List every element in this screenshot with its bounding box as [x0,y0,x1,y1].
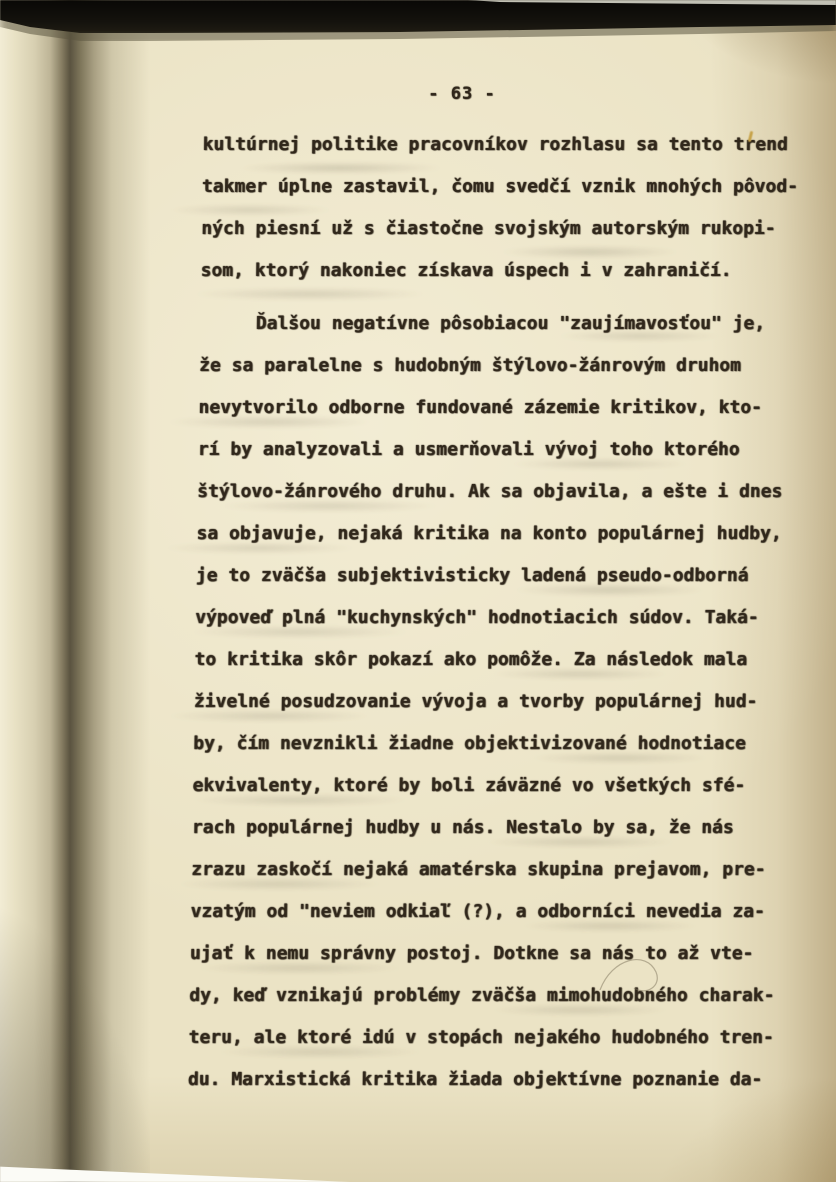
scanner-edge-glint [0,0,836,8]
text-line: rí by analyzovali a usmerňovali vývoj to… [198,429,799,471]
typewritten-text-block: kultúrnej politike pracovníkov rozhlasu … [188,124,803,1101]
text-line: živelné posudzovanie vývoja a tvorby pop… [194,681,795,723]
text-line: ujať k nemu správny postoj. Dotkne sa ná… [190,933,791,975]
binding-bar-shadow [0,0,836,46]
text-line: dy, keď vznikajú problémy zväčša mimohud… [189,975,790,1017]
text-line: sa objavuje, nejaká kritika na konto pop… [196,513,797,555]
text-line: ekvivalenty, ktoré by boli záväzné vo vš… [192,765,793,807]
text-line: kultúrnej politike pracovníkov rozhlasu … [202,124,803,166]
text-line: to kritika skôr pokazí ako pomôže. Za ná… [194,639,795,681]
text-line: zrazu zaskočí nejaká amatérska skupina p… [191,849,792,891]
page-number: - 63 - [203,84,793,104]
book-gutter-shadow [0,0,150,1182]
text-line: výpoveď plná "kuchynských" hodnotiacich … [195,597,796,639]
text-line: by, čím nevznikli žiadne objektivizované… [193,723,794,765]
text-line: ných piesní už s čiastočne svojským auto… [201,208,802,250]
text-line: rach populárnej hudby u nás. Nestalo by … [192,807,793,849]
binding-bar [0,0,836,38]
paragraph: kultúrnej politike pracovníkov rozhlasu … [200,124,803,292]
scanner-edge-white [0,1160,350,1182]
text-line: je to zväčša subjektivisticky ladená pse… [196,555,797,597]
text-line: takmer úplne zastavil, čomu svedčí vznik… [202,166,803,208]
text-line: du. Marxistická kritika žiada objektívne… [188,1059,789,1101]
paragraph: Ďalšou negatívne pôsobiacou "zaujímavosť… [188,303,801,1101]
scanned-book-page: - 63 - kultúrnej politike pracovníkov ro… [0,0,836,1182]
text-line: som, ktorý nakoniec získava úspech i v z… [200,250,801,292]
text-line: teru, ale ktoré idú v stopách nejakého h… [188,1017,789,1059]
text-line: že sa paralelne s hudobným štýlovo-žánro… [199,345,800,387]
text-line: nevytvorilo odborne fundované zázemie kr… [198,387,799,429]
text-line: Ďalšou negatívne pôsobiacou "zaujímavosť… [200,303,801,345]
text-line: vzatým od "neviem odkiaľ (?), a odborníc… [190,891,791,933]
text-line: štýlovo-žánrového druhu. Ak sa objavila,… [197,471,798,513]
